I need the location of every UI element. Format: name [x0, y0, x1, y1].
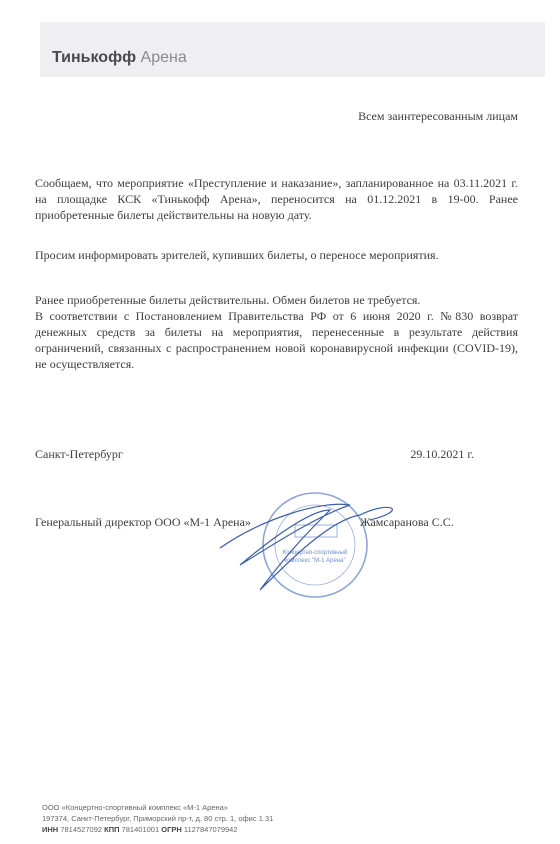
- addressee: Всем заинтересованным лицам: [358, 109, 518, 124]
- brand-name-light: Арена: [141, 49, 187, 66]
- letter-date: 29.10.2021 г.: [410, 447, 474, 462]
- svg-text:комплекс "М-1 Арена": комплекс "М-1 Арена": [284, 558, 345, 564]
- paragraph-announcement: Сообщаем, что мероприятие «Преступление …: [35, 175, 518, 223]
- tickets-valid-line: Ранее приобретенные билеты действительны…: [35, 292, 518, 308]
- footer-address: 197374, Санкт-Петербург, Приморский пр-т…: [42, 813, 273, 824]
- stamp-and-signature-icon: Концертно-спортивный комплекс "М-1 Арена…: [200, 480, 420, 600]
- footer-registration: ИНН 7814527092 КПП 781401001 ОГРН 112784…: [42, 824, 273, 835]
- paragraph-refund-policy: Ранее приобретенные билеты действительны…: [35, 292, 518, 372]
- footer-requisites: ООО «Концертно-спортивный комплекс «М-1 …: [42, 802, 273, 835]
- city: Санкт-Петербург: [35, 447, 123, 462]
- signer-name: Жамсаранова С.С.: [360, 515, 454, 530]
- refund-policy-text: В соответствии с Постановлением Правител…: [35, 308, 518, 372]
- brand-logo: Тинькофф Арена: [52, 49, 187, 67]
- paragraph-request: Просим информировать зрителей, купивших …: [35, 247, 518, 263]
- brand-name-bold: Тинькофф: [52, 49, 136, 66]
- footer-company: ООО «Концертно-спортивный комплекс «М-1 …: [42, 802, 273, 813]
